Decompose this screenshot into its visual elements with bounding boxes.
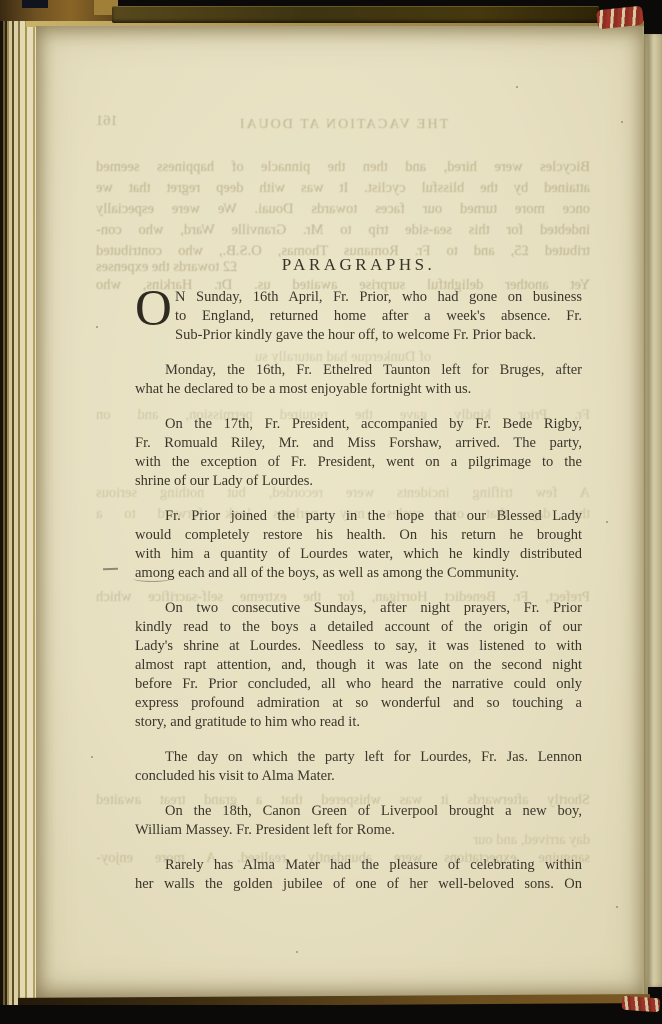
paragraph: Monday, the 16th, Fr. Ethelred Taunton l…: [135, 361, 582, 399]
drop-cap: O: [135, 289, 169, 327]
paragraph: On the 17th, Fr. President, accompanied …: [135, 415, 582, 491]
paper-speck: [621, 121, 623, 123]
paper-speck: [96, 326, 98, 328]
ghost-text-line: indebted for this sea-side trip to Mr. G…: [96, 221, 590, 240]
article-paragraphs: ON Sunday, 16th April, Fr. Prior, who ha…: [135, 288, 582, 894]
ghost-text-line: once more turned our faces towards Douai…: [96, 200, 590, 219]
ghost-text-line: attained by the blissful cyclist. It was…: [96, 179, 590, 198]
book-photo: 161 THE VACATION AT DOUAI Bicycles were …: [0, 0, 662, 1024]
text-line: William Massey. Fr. President left for R…: [135, 821, 582, 840]
text-line: what he declared to be a most enjoyable …: [135, 380, 582, 399]
article: PARAGRAPHS. ON Sunday, 16th April, Fr. P…: [135, 255, 582, 894]
text-line: Sub-Prior kindly gave the hour off, to w…: [135, 326, 582, 345]
paragraph: The day on which the party left for Lour…: [135, 748, 582, 786]
text-line: would completely restore his health. On …: [135, 526, 582, 545]
text-line: On the 17th, Fr. President, accompanied …: [135, 415, 582, 434]
text-line: Lady's shrine at Lourdes. Needless to sa…: [135, 637, 582, 656]
text-line: story, and gratitude to him who read it.: [135, 713, 582, 732]
paper-speck: [296, 951, 298, 953]
text-line: almost rapt attention, and, though it wa…: [135, 656, 582, 675]
book-page: 161 THE VACATION AT DOUAI Bicycles were …: [36, 26, 648, 998]
ghost-running-head: THE VACATION AT DOUAI: [96, 115, 590, 134]
text-line: before Fr. Prior concluded, all who hear…: [135, 675, 582, 694]
text-line: shrine of our Lady of Lourdes.: [135, 472, 582, 491]
background-corner: [644, 0, 662, 34]
text-line: On two consecutive Sundays, after night …: [135, 599, 582, 618]
paper-speck: [516, 86, 518, 88]
cover-top-edge: [112, 6, 599, 23]
text-line: to England, returned home after a week's…: [135, 307, 582, 326]
text-line: The day on which the party left for Lour…: [135, 748, 582, 767]
cover-dark-fragment: [22, 0, 48, 8]
paragraph: Fr. Prior joined the party in the hope t…: [135, 507, 582, 583]
text-line: express profound admiration at so wonder…: [135, 694, 582, 713]
paragraph: Rarely has Alma Mater had the pleasure o…: [135, 856, 582, 894]
paper-speck: [91, 756, 93, 758]
text-line: Monday, the 16th, Fr. Ethelred Taunton l…: [135, 361, 582, 380]
text-line: with the exception of Fr. President, wen…: [135, 453, 582, 472]
text-line: Rarely has Alma Mater had the pleasure o…: [135, 856, 582, 875]
text-line: Fr. Romuald Riley, Mr. and Miss Forshaw,…: [135, 434, 582, 453]
paper-speck: [616, 906, 618, 908]
text-line: her walls the golden jubilee of one of h…: [135, 875, 582, 894]
paragraph: On two consecutive Sundays, after night …: [135, 599, 582, 732]
page-stack-edges: [0, 20, 38, 1012]
background-bottom: [0, 1005, 662, 1024]
text-line: among each and all of the boys, as well …: [135, 564, 582, 583]
text-line: Fr. Prior joined the party in the hope t…: [135, 507, 582, 526]
text-line: N Sunday, 16th April, Fr. Prior, who had…: [135, 288, 582, 307]
text-line: On the 18th, Canon Green of Liverpool br…: [135, 802, 582, 821]
gutter-crease: [642, 26, 646, 998]
text-line: kindly read to the boys a detailed accou…: [135, 618, 582, 637]
ghost-text-line: Bicycles were hired, and then the pinnac…: [96, 158, 590, 177]
text-line: concluded his visit to Alma Mater.: [135, 767, 582, 786]
gutter-page-edge: [648, 33, 662, 987]
paragraph: On the 18th, Canon Green of Liverpool br…: [135, 802, 582, 840]
paper-speck: [606, 521, 608, 523]
paragraph: ON Sunday, 16th April, Fr. Prior, who ha…: [135, 288, 582, 345]
page-title: PARAGRAPHS.: [135, 255, 582, 274]
margin-dash-mark: [103, 568, 118, 571]
tailband: [622, 996, 661, 1013]
text-line: with him a quantity of Lourdes water, wh…: [135, 545, 582, 564]
